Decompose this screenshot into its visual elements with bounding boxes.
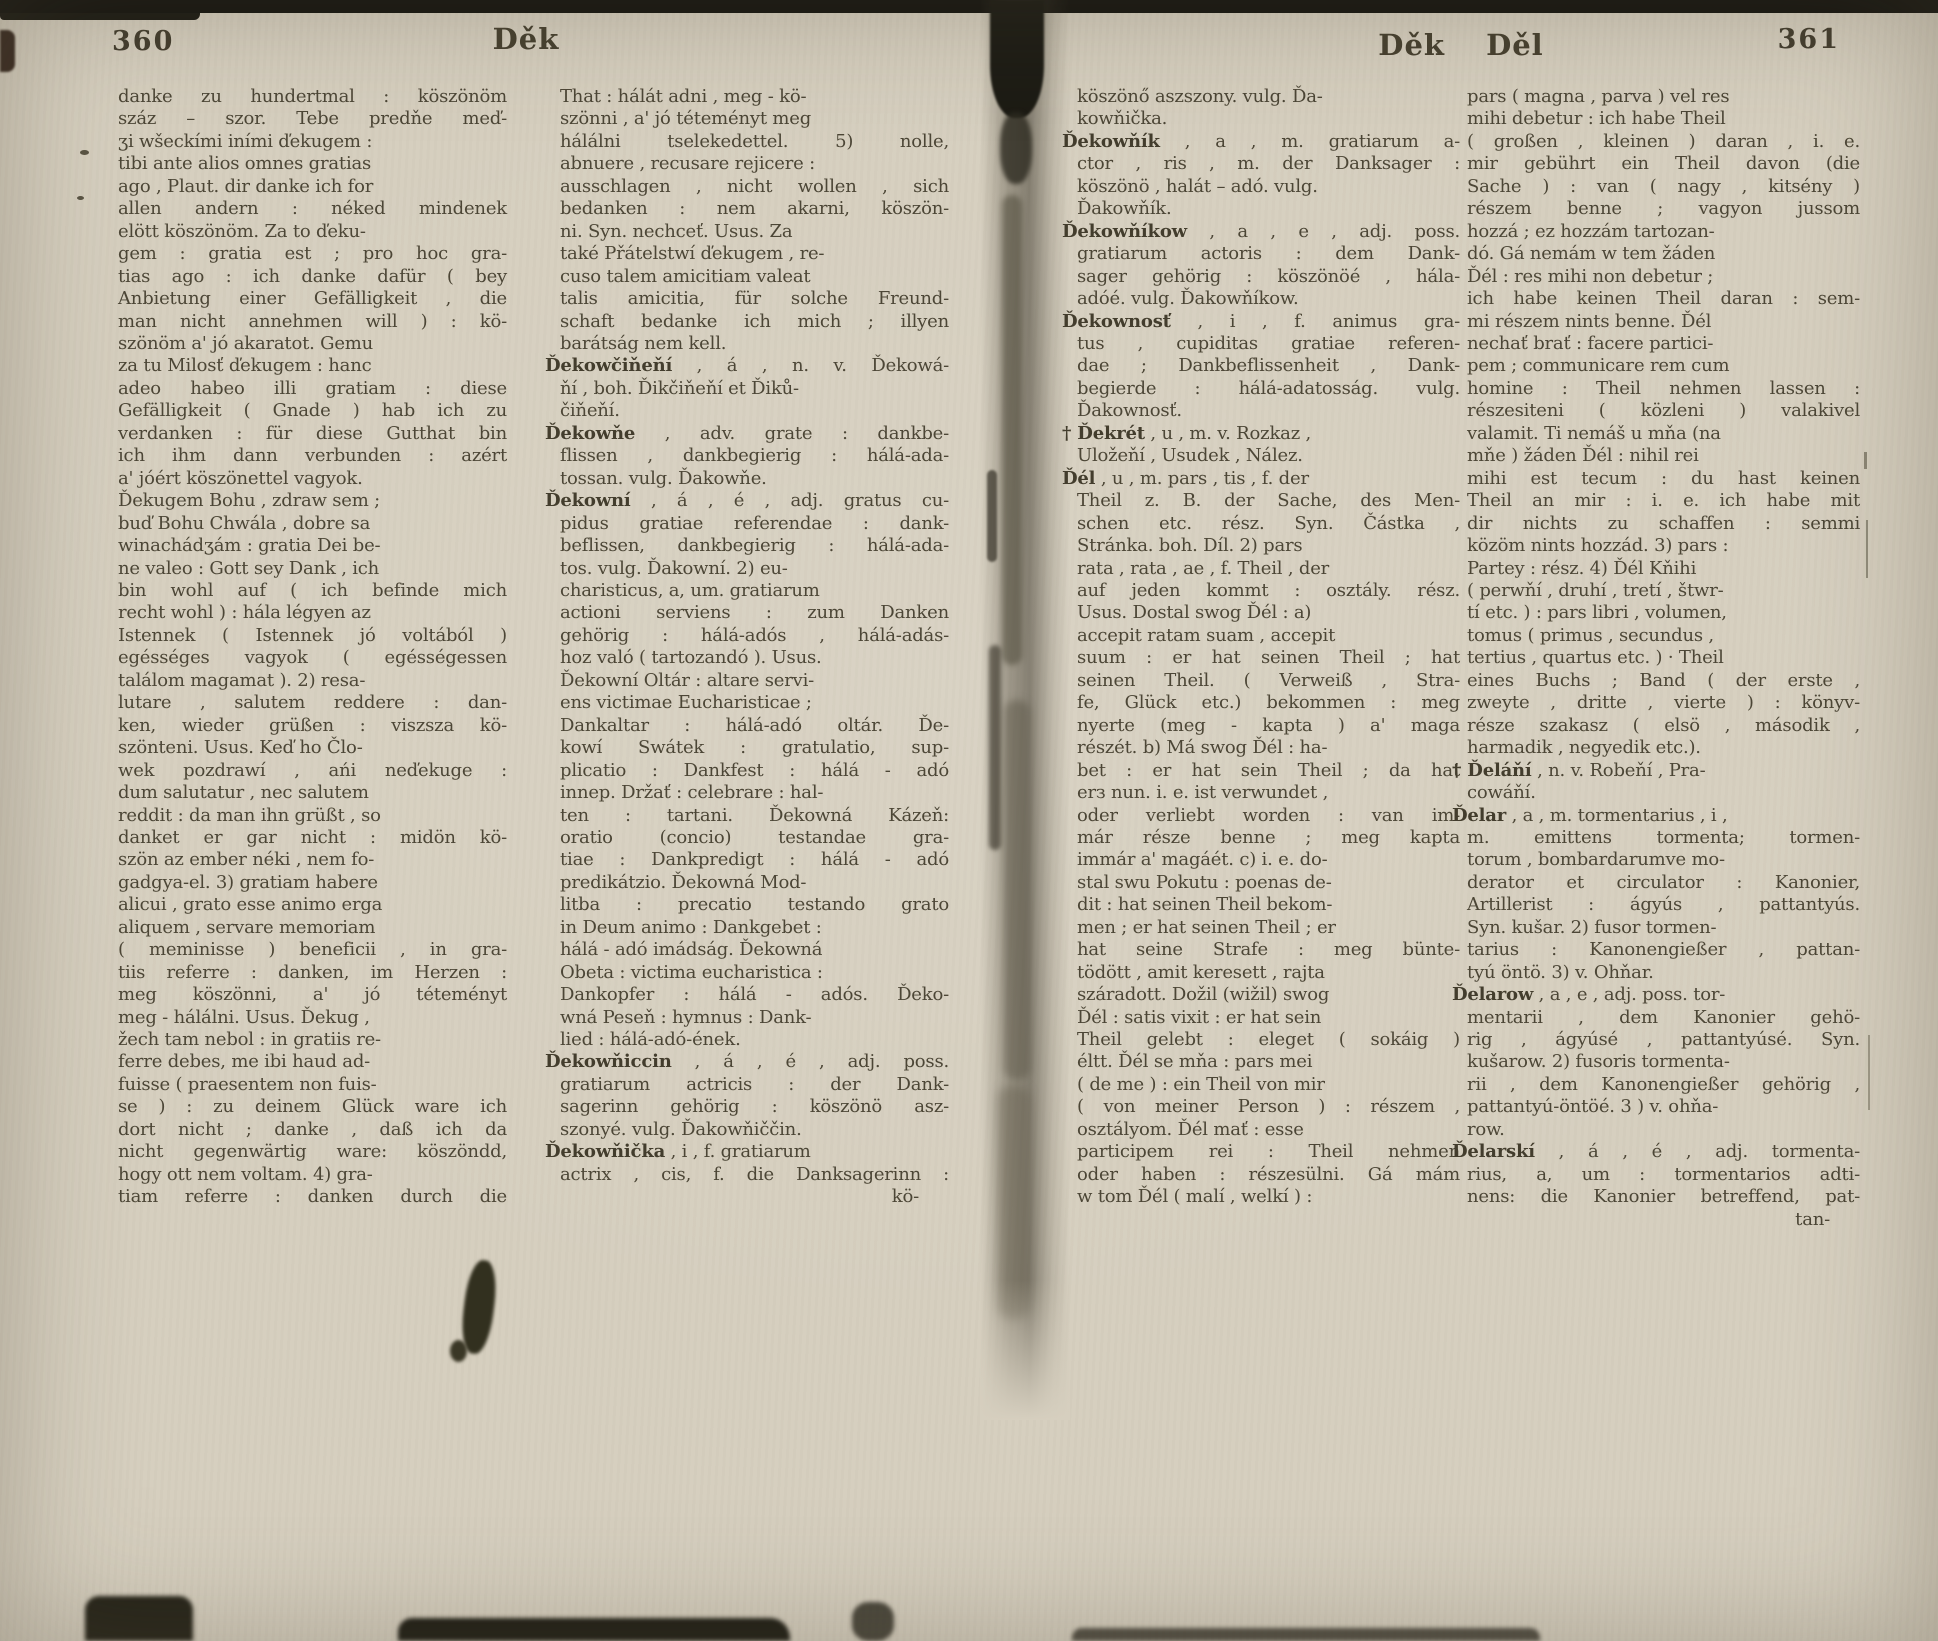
text-line: schen etc. rész. Syn. Částka , xyxy=(1062,513,1460,535)
text-line: mihi debetur : ich habe Theil xyxy=(1452,108,1860,130)
text-line: dó. Gá nemám w tem žáden xyxy=(1452,243,1860,265)
text-line: ni. Syn. nechceť. Usus. Za xyxy=(545,221,949,243)
text-line: gem : gratia est ; pro hoc gra- xyxy=(103,243,507,265)
text-line: ( großen , kleinen ) daran , i. e. xyxy=(1452,131,1860,153)
text-line: stal swu Pokutu : poenas de- xyxy=(1062,872,1460,894)
text-line: ne valeo : Gott sey Dank , ich xyxy=(103,558,507,580)
text-column-4: pars ( magna , parva ) vel resmihi debet… xyxy=(1452,86,1860,1231)
text-column-2: That : hálát adni , meg - kö-szönni , a'… xyxy=(545,86,949,1209)
text-line: participem rei : Theil nehmen xyxy=(1062,1141,1460,1163)
text-line: ʒi wšeckími iními ďekugem : xyxy=(103,131,507,153)
text-line: tyú öntö. 3) v. Ohňar. xyxy=(1452,962,1860,984)
text-line: derator et circulator : Kanonier, xyxy=(1452,872,1860,894)
text-line: dit : hat seinen Theil bekom- xyxy=(1062,894,1460,916)
text-line: také Přátelstwí ďekugem , re- xyxy=(545,243,949,265)
text-line: Gefälligkeit ( Gnade ) hab ich zu xyxy=(103,400,507,422)
text-line: recht wohl ) : hála légyen az xyxy=(103,602,507,624)
text-line: mir gebührt ein Theil davon (die xyxy=(1452,153,1860,175)
text-line: Ďekowňe , adv. grate : dankbe- xyxy=(545,423,949,445)
text-line: pem ; communicare rem cum xyxy=(1452,355,1860,377)
text-line: Ďekugem Bohu , zdraw sem ; xyxy=(103,490,507,512)
text-line: oder verliebt worden : van im- xyxy=(1062,805,1460,827)
text-line: ens victimae Eucharisticae ; xyxy=(545,692,949,714)
text-line: Stránka. boh. Díl. 2) pars xyxy=(1062,535,1460,557)
text-line: gratiarum actoris : dem Dank- xyxy=(1062,243,1460,265)
text-line: gratiarum actricis : der Dank- xyxy=(545,1074,949,1096)
text-line: actioni serviens : zum Danken xyxy=(545,602,949,624)
text-line: már része benne ; meg kapta xyxy=(1062,827,1460,849)
text-line: száradott. Dožil (wižil) swog xyxy=(1062,984,1460,1006)
text-line: meg köszönni, a' jó téteményt xyxy=(103,984,507,1006)
text-line: közöm nints hozzád. 3) pars : xyxy=(1452,535,1860,557)
text-line: mňe ) žáden Ďél : nihil rei xyxy=(1452,445,1860,467)
gutter-shadow xyxy=(980,0,1070,1420)
text-line: nens: die Kanonier betreffend, pat- xyxy=(1452,1186,1860,1208)
text-line: tan- xyxy=(1452,1209,1860,1231)
text-line: ctor , ris , m. der Danksager : xyxy=(1062,153,1460,175)
text-line: pidus gratiae referendae : dank- xyxy=(545,513,949,535)
text-line: kowňička. xyxy=(1062,108,1460,130)
text-line: rius, a, um : tormentarios adti- xyxy=(1452,1164,1860,1186)
bottom-left-corner-blot xyxy=(85,1596,193,1641)
text-line: lutare , salutem reddere : dan- xyxy=(103,692,507,714)
gutter-top-blot xyxy=(990,0,1044,118)
left-running-title: Děk xyxy=(103,22,949,56)
text-line: Ďekowní Oltár : altare servi- xyxy=(545,670,949,692)
text-line: dir nichts zu schaffen : semmi xyxy=(1452,513,1860,535)
text-line: sagerinn gehörig : köszönö asz- xyxy=(545,1096,949,1118)
text-line: nicht gegenwärtig ware: köszöndd, xyxy=(103,1141,507,1163)
text-line: cowáňí. xyxy=(1452,782,1860,804)
text-line: dum salutatur , nec salutem xyxy=(103,782,507,804)
text-line: hálá - adó imádság. Ďekowná xyxy=(545,939,949,961)
text-line: része szakasz ( elsö , második , xyxy=(1452,715,1860,737)
text-line: ferre debes, me ibi haud ad- xyxy=(103,1051,507,1073)
text-line: ich ihm dann verbunden : azért xyxy=(103,445,507,467)
text-line: danket er gar nicht : midön kö- xyxy=(103,827,507,849)
text-line: részét. b) Má swog Ďél : ha- xyxy=(1062,737,1460,759)
text-line: oratio (concio) testandae gra- xyxy=(545,827,949,849)
text-line: ( perwňí , druhí , tretí , štwr- xyxy=(1452,580,1860,602)
text-line: Ďél : res mihi non debetur ; xyxy=(1452,266,1860,288)
text-line: adóé. vulg. Ďakowňíkow. xyxy=(1062,288,1460,310)
text-line: elött köszönöm. Za to ďeku- xyxy=(103,221,507,243)
text-line: in Deum animo : Dankgebet : xyxy=(545,917,949,939)
text-line: čiňeňí. xyxy=(545,400,949,422)
text-line: mihi est tecum : du hast keinen xyxy=(1452,468,1860,490)
text-line: Uložeňí , Usudek , Nález. xyxy=(1062,445,1460,467)
text-line: ken, wieder grüßen : viszsza kö- xyxy=(103,715,507,737)
text-line: plicatio : Dankfest : hálá - adó xyxy=(545,760,949,782)
text-line: hálálni tselekedettel. 5) nolle, xyxy=(545,131,949,153)
text-line: barátság nem kell. xyxy=(545,333,949,355)
text-line: egésséges vagyok ( egésségessen xyxy=(103,647,507,669)
text-line: Ďelarskí , á , é , adj. tormenta- xyxy=(1452,1141,1860,1163)
text-line: Ďekowňíkow , a , e , adj. poss. xyxy=(1062,221,1460,243)
text-line: Partey : rész. 4) Ďél Kňihi xyxy=(1452,558,1860,580)
text-line: rii , dem Kanonengießer gehörig , xyxy=(1452,1074,1860,1096)
text-column-1: danke zu hundertmal : köszönömszáz – szo… xyxy=(103,86,507,1209)
text-line: fuisse ( praesentem non fuis- xyxy=(103,1074,507,1096)
margin-tick xyxy=(1866,520,1868,578)
text-line: Ďél : satis vixit : er hat sein xyxy=(1062,1007,1460,1029)
text-line: harmadik , negyedik etc.). xyxy=(1452,737,1860,759)
margin-tick xyxy=(1868,1035,1870,1110)
text-line: kušarow. 2) fusoris tormenta- xyxy=(1452,1051,1860,1073)
text-line: tus , cupiditas gratiae referen- xyxy=(1062,333,1460,355)
text-line: ( von meiner Person ) : részem , xyxy=(1062,1096,1460,1118)
gutter-dash xyxy=(989,645,1001,850)
gutter-blot xyxy=(1000,112,1032,184)
text-line: dort nicht ; danke , daß ich da xyxy=(103,1119,507,1141)
text-line: gehörig : hálá-adós , hálá-adás- xyxy=(545,625,949,647)
text-line: man nicht annehmen will ) : kö- xyxy=(103,311,507,333)
text-line: nyerte (meg - kapta ) a' maga xyxy=(1062,715,1460,737)
text-line: Anbietung einer Gefälligkeit , die xyxy=(103,288,507,310)
text-line: aliquem , servare memoriam xyxy=(103,917,507,939)
text-line: Ďekowňiccin , á , é , adj. poss. xyxy=(545,1051,949,1073)
bottom-edge-streak-left xyxy=(398,1618,790,1641)
text-line: immár a' magáét. c) i. e. do- xyxy=(1062,849,1460,871)
text-line: részesiteni ( közleni ) valakivel xyxy=(1452,400,1860,422)
text-line: adeo habeo illi gratiam : diese xyxy=(103,378,507,400)
text-line: winachádʒám : gratia Dei be- xyxy=(103,535,507,557)
text-line: Theil gelebt : eleget ( sokáig ) xyxy=(1062,1029,1460,1051)
text-line: sager gehörig : köszönöé , hála- xyxy=(1062,266,1460,288)
dictionary-scan: { "colors": { "paper": "#d6cfbf", "ink":… xyxy=(0,0,1938,1641)
top-edge-band xyxy=(0,0,1938,13)
text-line: bet : er hat sein Theil ; da hat xyxy=(1062,760,1460,782)
text-line: rig , ágyúsé , pattantyúsé. Syn. xyxy=(1452,1029,1860,1051)
text-line: nechať brať : facere partici- xyxy=(1452,333,1860,355)
text-line: row. xyxy=(1452,1119,1860,1141)
text-line: Usus. Dostal swog Ďél : a) xyxy=(1062,602,1460,624)
text-line: tibi ante alios omnes gratias xyxy=(103,153,507,175)
text-line: Theil z. B. der Sache, des Men- xyxy=(1062,490,1460,512)
text-line: tertius , quartus etc. ) · Theil xyxy=(1452,647,1860,669)
text-line: ten : tartani. Ďekowná Kázeň: xyxy=(545,805,949,827)
margin-speck xyxy=(77,196,84,200)
text-line: tarius : Kanonengießer , pattan- xyxy=(1452,939,1860,961)
text-line: alicui , grato esse animo erga xyxy=(103,894,507,916)
text-line: kö- xyxy=(545,1186,949,1208)
text-line: Obeta : victima eucharistica : xyxy=(545,962,949,984)
text-line: Ďekowčiňeňí , á , n. v. Ďekowá- xyxy=(545,355,949,377)
gutter-streak xyxy=(998,1085,1030,1320)
text-line: éltt. Ďél se mňa : pars mei xyxy=(1062,1051,1460,1073)
text-line: † Ďeláňí , n. v. Robeňí , Pra- xyxy=(1452,760,1860,782)
text-line: dae ; Dankbeflissenheit , Dank- xyxy=(1062,355,1460,377)
text-line: a' jóért köszönettel vagyok. xyxy=(103,468,507,490)
text-line: valamit. Ti nemáš u mňa (na xyxy=(1452,423,1860,445)
text-line: tí etc. ) : pars libri , volumen, xyxy=(1452,602,1860,624)
text-line: szönni , a' jó téteményt meg xyxy=(545,108,949,130)
text-line: Dankopfer : hálá - adós. Ďeko- xyxy=(545,984,949,1006)
text-line: oder haben : részesülni. Gá mám xyxy=(1062,1164,1460,1186)
text-line: Istennek ( Istennek jó voltából ) xyxy=(103,625,507,647)
text-line: rata , rata , ae , f. Theil , der xyxy=(1062,558,1460,580)
text-line: Theil an mir : i. e. ich habe mit xyxy=(1452,490,1860,512)
text-line: tossan. vulg. Ďakowňe. xyxy=(545,468,949,490)
text-line: Syn. kušar. 2) fusor tormen- xyxy=(1452,917,1860,939)
text-line: tos. vulg. Ďakowní. 2) eu- xyxy=(545,558,949,580)
text-line: litba : precatio testando grato xyxy=(545,894,949,916)
text-line: beflissen, dankbegierig : hálá-ada- xyxy=(545,535,949,557)
text-line: Ďekownosť , i , f. animus gra- xyxy=(1062,311,1460,333)
text-line: allen andern : néked mindenek xyxy=(103,198,507,220)
text-line: torum , bombardarumve mo- xyxy=(1452,849,1860,871)
text-line: pars ( magna , parva ) vel res xyxy=(1452,86,1860,108)
text-line: Ďél , u , m. pars , tis , f. der xyxy=(1062,468,1460,490)
text-line: találom magamat ). 2) resa- xyxy=(103,670,507,692)
text-line: Artillerist : ágyús , pattantyús. xyxy=(1452,894,1860,916)
text-line: tiam referre : danken durch die xyxy=(103,1186,507,1208)
text-line: Ďekowňička , i , f. gratiarum xyxy=(545,1141,949,1163)
text-line: hoz való ( tartozandó ). Usus. xyxy=(545,647,949,669)
text-line: auf jeden kommt : osztály. rész. xyxy=(1062,580,1460,602)
text-line: szönöm a' jó akaratot. Gemu xyxy=(103,333,507,355)
text-line: ( de me ) : ein Theil von mir xyxy=(1062,1074,1460,1096)
text-line: szön az ember néki , nem fo- xyxy=(103,849,507,871)
text-line: mi részem nints benne. Ďél xyxy=(1452,311,1860,333)
text-line: reddit : da man ihn grüßt , so xyxy=(103,805,507,827)
text-line: osztályom. Ďél mať : esse xyxy=(1062,1119,1460,1141)
bottom-edge-streak-right xyxy=(1072,1628,1540,1641)
text-line: Ďekowňík , a , m. gratiarum a- xyxy=(1062,131,1460,153)
text-line: pattantyú-öntöé. 3 ) v. ohňa- xyxy=(1452,1096,1860,1118)
text-line: részem benne ; vagyon jussom xyxy=(1452,198,1860,220)
text-line: flissen , dankbegierig : hálá-ada- xyxy=(545,445,949,467)
text-line: Ďelar , a , m. tormentarius , i , xyxy=(1452,805,1860,827)
text-line: w tom Ďél ( malí , welkí ) : xyxy=(1062,1186,1460,1208)
left-edge-blot xyxy=(0,30,15,72)
text-line: tias ago : ich danke dafür ( bey xyxy=(103,266,507,288)
text-line: fe, Glück etc.) bekommen : meg xyxy=(1062,692,1460,714)
text-line: danke zu hundertmal : köszönöm xyxy=(103,86,507,108)
right-page-number: 361 xyxy=(1640,24,1840,55)
text-line: mentarii , dem Kanonier gehö- xyxy=(1452,1007,1860,1029)
text-line: wná Peseň : hymnus : Dank- xyxy=(545,1007,949,1029)
text-line: m. emittens tormenta; tormen- xyxy=(1452,827,1860,849)
text-line: begierde : hálá-adatosság. vulg. xyxy=(1062,378,1460,400)
text-line: köszönő aszszony. vulg. Ďa- xyxy=(1062,86,1460,108)
text-line: That : hálát adni , meg - kö- xyxy=(545,86,949,108)
text-line: wek pozdrawí , ańi neďekuge : xyxy=(103,760,507,782)
text-line: ich habe keinen Theil daran : sem- xyxy=(1452,288,1860,310)
bottom-gutter-blot xyxy=(852,1602,894,1641)
text-line: ago , Plaut. dir danke ich for xyxy=(103,176,507,198)
text-line: homine : Theil nehmen lassen : xyxy=(1452,378,1860,400)
text-line: meg - hálálni. Usus. Ďekug , xyxy=(103,1007,507,1029)
text-line: cuso talem amicitiam valeat xyxy=(545,266,949,288)
text-line: kowí Swátek : gratulatio, sup- xyxy=(545,737,949,759)
text-line: Ďakowňík. xyxy=(1062,198,1460,220)
text-column-3: köszönő aszszony. vulg. Ďa-kowňička.Ďeko… xyxy=(1062,86,1460,1209)
text-line: zweyte , dritte , vierte ) : könyv- xyxy=(1452,692,1860,714)
gutter-dash xyxy=(987,470,997,562)
ink-smudge-fold-small xyxy=(450,1340,467,1362)
gutter-streak xyxy=(1004,700,1030,1080)
text-line: talis amicitia, für solche Freund- xyxy=(545,288,949,310)
text-line: abnuere , recusare rejicere : xyxy=(545,153,949,175)
text-line: men ; er hat seinen Theil ; er xyxy=(1062,917,1460,939)
text-line: bin wohl auf ( ich befinde mich xyxy=(103,580,507,602)
text-line: žech tam nebol : in gratiis re- xyxy=(103,1029,507,1051)
text-line: tomus ( primus , secundus , xyxy=(1452,625,1860,647)
gutter-streak xyxy=(1002,195,1022,665)
text-line: száz – szor. Tebe predňe meď- xyxy=(103,108,507,130)
text-line: hat seine Strafe : meg bünte- xyxy=(1062,939,1460,961)
text-line: szonyé. vulg. Ďakowňiččin. xyxy=(545,1119,949,1141)
text-line: ňí , boh. Ďikčiňeňí et Ďiků- xyxy=(545,378,949,400)
text-line: hogy ott nem voltam. 4) gra- xyxy=(103,1164,507,1186)
text-line: tiis referre : danken, im Herzen : xyxy=(103,962,507,984)
text-line: Ďakownosť. xyxy=(1062,400,1460,422)
ink-smudge-fold xyxy=(458,1259,499,1356)
top-edge-band-left xyxy=(0,13,200,20)
text-line: schaft bedanke ich mich ; illyen xyxy=(545,311,949,333)
text-line: hozzá ; ez hozzám tartozan- xyxy=(1452,221,1860,243)
text-line: gadgya-el. 3) gratiam habere xyxy=(103,872,507,894)
text-line: † Ďekrét , u , m. v. Rozkaz , xyxy=(1062,423,1460,445)
text-line: ( meminisse ) beneficii , in gra- xyxy=(103,939,507,961)
text-line: suum : er hat seinen Theil ; hat xyxy=(1062,647,1460,669)
text-line: accepit ratam suam , accepit xyxy=(1062,625,1460,647)
text-line: tiae : Dankpredigt : hálá - adó xyxy=(545,849,949,871)
text-line: köszönö , halát – adó. vulg. xyxy=(1062,176,1460,198)
text-line: Dankaltar : hálá-adó oltár. Ďe- xyxy=(545,715,949,737)
text-line: charisticus, a, um. gratiarum xyxy=(545,580,949,602)
text-line: bedanken : nem akarni, köszön- xyxy=(545,198,949,220)
text-line: Ďelarow , a , e , adj. poss. tor- xyxy=(1452,984,1860,1006)
text-line: lied : hálá-adó-ének. xyxy=(545,1029,949,1051)
text-line: buď Bohu Chwála , dobre sa xyxy=(103,513,507,535)
text-line: ausschlagen , nicht wollen , sich xyxy=(545,176,949,198)
text-line: seinen Theil. ( Verweiß , Stra- xyxy=(1062,670,1460,692)
text-line: Sache ) : van ( nagy , kitsény ) xyxy=(1452,176,1860,198)
text-line: tödött , amit keresett , rajta xyxy=(1062,962,1460,984)
text-line: za tu Milosť ďekugem : hanc xyxy=(103,355,507,377)
margin-tick xyxy=(1864,452,1867,469)
text-line: predikátzio. Ďekowná Mod- xyxy=(545,872,949,894)
text-line: verdanken : für diese Gutthat bin xyxy=(103,423,507,445)
text-line: innep. Držať : celebrare : hal- xyxy=(545,782,949,804)
text-line: actrix , cis, f. die Danksagerinn : xyxy=(545,1164,949,1186)
text-line: szönteni. Usus. Keď ho Člo- xyxy=(103,737,507,759)
text-line: Ďekowní , á , é , adj. gratus cu- xyxy=(545,490,949,512)
margin-speck xyxy=(80,150,89,155)
text-line: se ) : zu deinem Glück ware ich xyxy=(103,1096,507,1118)
text-line: erз nun. i. e. ist verwundet , xyxy=(1062,782,1460,804)
text-line: eines Buchs ; Band ( der erste , xyxy=(1452,670,1860,692)
